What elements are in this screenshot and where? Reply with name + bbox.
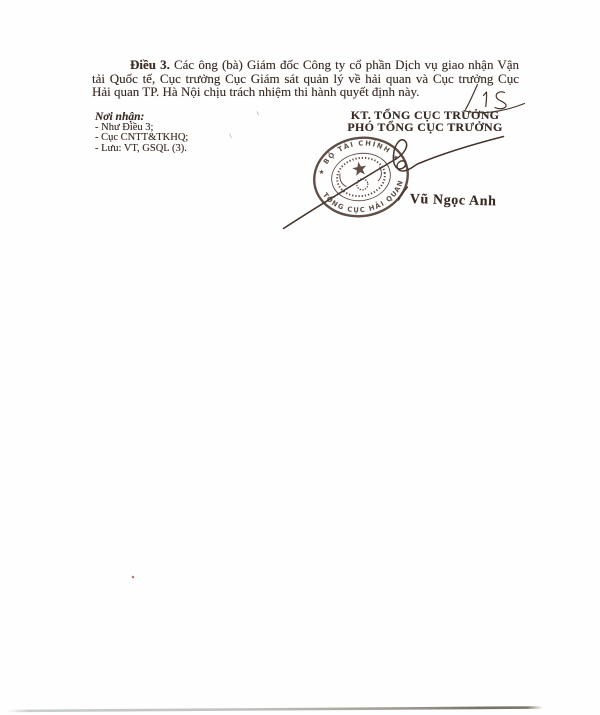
stamp-wreath-dotted-ring [334,154,388,200]
gray-speck [257,112,259,116]
gray-speck [230,134,232,139]
stamp-agency-text: TỔNG CỤC HẢI QUAN [320,177,409,220]
scan-artifacts-overlay: ★ BỘ TÀI CHÍNH ★ TỔNG CỤC HẢI QUAN [0,0,600,715]
paraph-slash [466,85,478,110]
national-emblem-star-icon [351,161,367,177]
red-ink-speck [132,576,135,579]
signature-scribble [284,137,504,229]
scan-edge-line [7,708,543,712]
official-stamp: ★ BỘ TÀI CHÍNH ★ TỔNG CỤC HẢI QUAN [308,130,414,223]
emblem-gear-icon [356,178,369,191]
emblem-wreath-leaf-left [339,173,346,188]
paraph-underline-swoosh [464,104,525,113]
paraph-letter-s [495,92,506,109]
paraph-digit-one [484,92,487,107]
handwritten-initials [464,85,525,113]
scanned-document-page: Điều 3. Các ông (bà) Giám đốc Công ty cổ… [0,0,600,715]
stamp-bottom-text: TỔNG CỤC HẢI QUAN [320,177,409,220]
